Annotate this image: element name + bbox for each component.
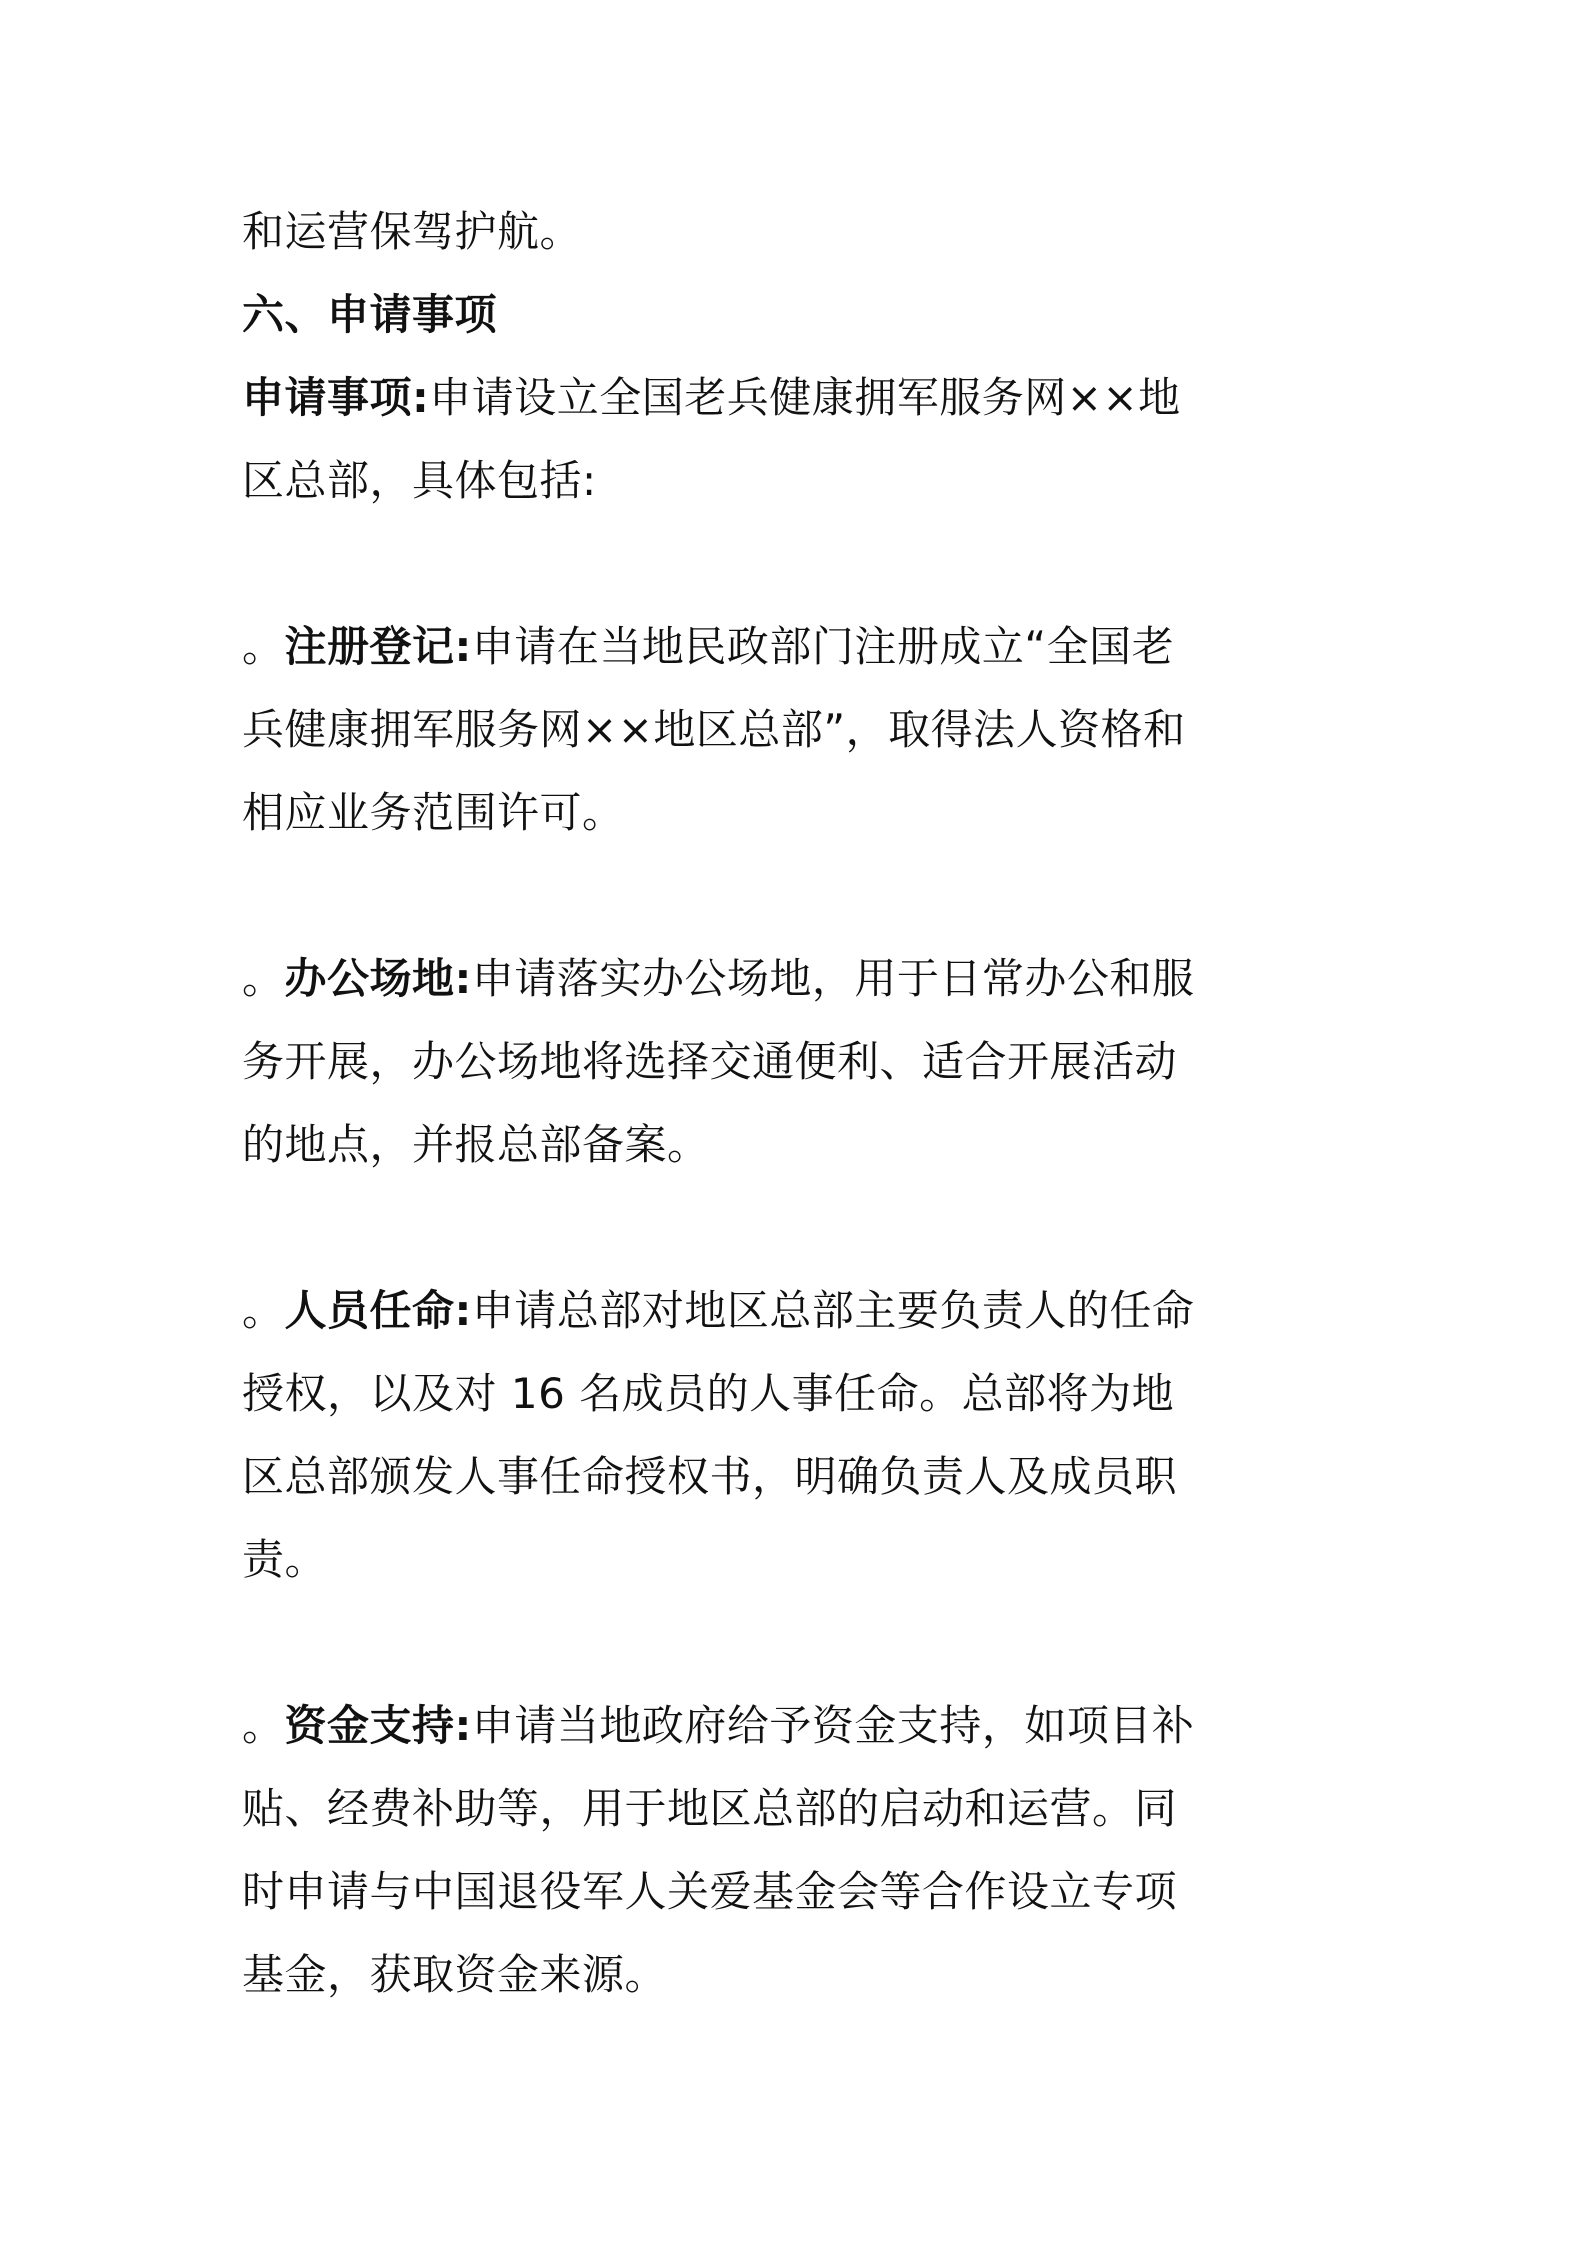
intro-tail-paragraph: 和运营保驾护航。 [242,190,1202,273]
lead-paragraph: 申请事项:申请设立全国老兵健康拥军服务网××地区总部，具体包括: [242,356,1202,522]
item-registration: 。注册登记:申请在当地民政部门注册成立“全国老兵健康拥军服务网××地区总部”，取… [242,605,1202,854]
item-label: 注册登记: [285,622,472,671]
section-heading: 六、申请事项 [242,273,1202,356]
item-label: 资金支持: [285,1701,472,1750]
bullet-icon: 。 [242,1701,285,1750]
bullet-icon: 。 [242,1286,285,1335]
bullet-icon: 。 [242,954,285,1003]
bullet-icon: 。 [242,622,285,671]
item-personnel-appointment: 。人员任命:申请总部对地区总部主要负责人的任命授权，以及对 16 名成员的人事任… [242,1269,1202,1601]
spacer [242,522,1202,605]
lead-label: 申请事项: [242,373,429,422]
document-page: 和运营保驾护航。 六、申请事项 申请事项:申请设立全国老兵健康拥军服务网××地区… [242,190,1202,2016]
spacer [242,1186,1202,1269]
item-label: 办公场地: [285,954,472,1003]
spacer [242,1601,1202,1684]
spacer [242,854,1202,937]
item-office-space: 。办公场地:申请落实办公场地，用于日常办公和服务开展，办公场地将选择交通便利、适… [242,937,1202,1186]
item-label: 人员任命: [285,1286,472,1335]
item-funding-support: 。资金支持:申请当地政府给予资金支持，如项目补贴、经费补助等，用于地区总部的启动… [242,1684,1202,2016]
